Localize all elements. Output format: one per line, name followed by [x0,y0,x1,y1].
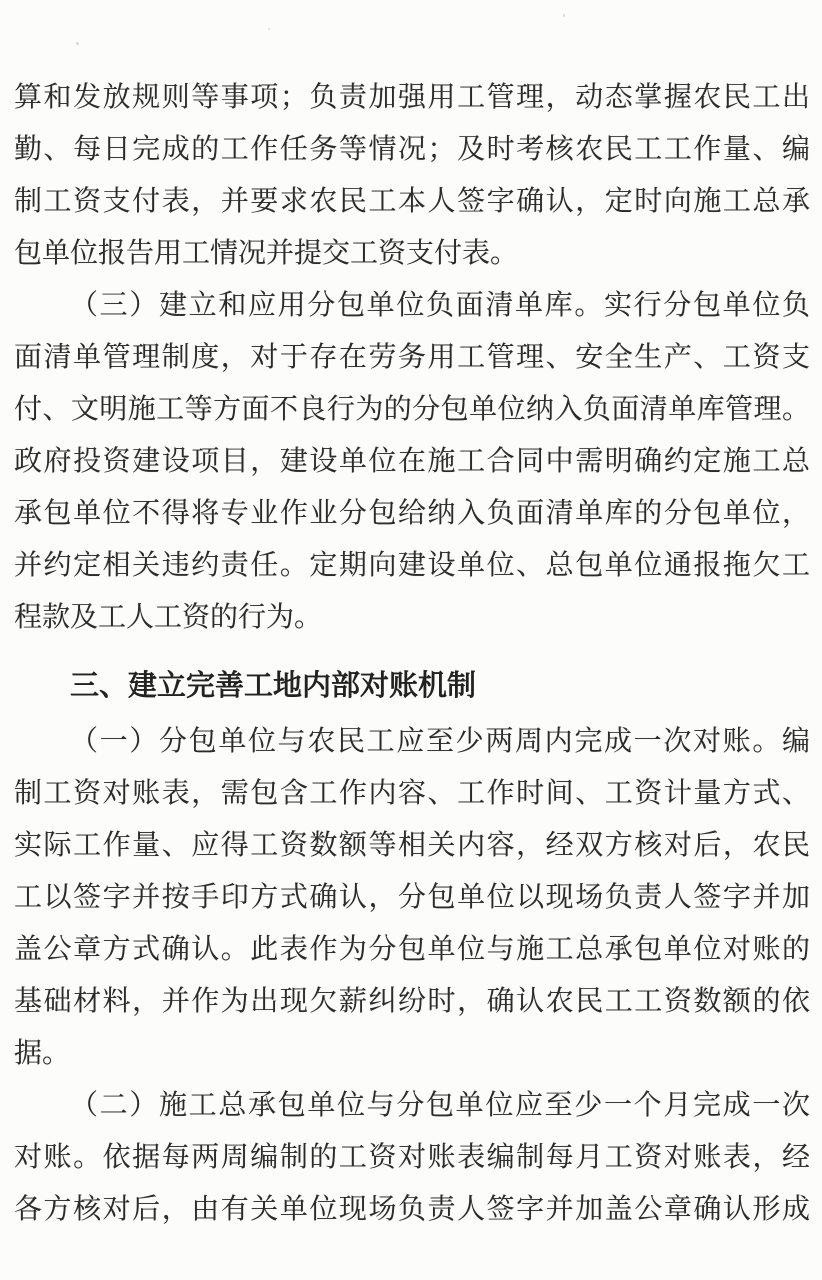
text-line: （二）施工总承包单位与分包单位应至少一个月完成一次 [14,1080,810,1132]
text-line: 并约定相关违约责任。定期向建设单位、总包单位通报拖欠工 [14,540,810,592]
text-line: （一）分包单位与农民工应至少两周内完成一次对账。编 [14,716,810,768]
scan-speck [700,742,702,744]
section-heading: 三、建立完善工地内部对账机制 [14,660,810,712]
text-line: 工以签字并按手印方式确认，分包单位以现场负责人签字并加 [14,872,810,924]
text-line: 算和发放规则等事项；负责加强用工管理，动态掌握农民工出 [14,72,810,124]
text-line: （三）建立和应用分包单位负面清单库。实行分包单位负 [14,280,810,332]
text-line: 各方核对后，由有关单位现场负责人签字并加盖公章确认形成 [14,1184,810,1236]
scan-speck [268,28,270,30]
text-line: 盖公章方式确认。此表作为分包单位与施工总承包单位对账的 [14,924,810,976]
text-line: 基础材料，并作为出现欠薪纠纷时，确认农民工工资数额的依 [14,976,810,1028]
text-line: 政府投资建设项目，建设单位在施工合同中需明确约定施工总 [14,436,810,488]
text-line: 面清单管理制度，对于存在劳务用工管理、安全生产、工资支 [14,332,810,384]
text-line: 实际工作量、应得工资数额等相关内容，经双方核对后，农民 [14,820,810,872]
scan-speck [18,352,21,355]
text-line: 据。 [14,1028,810,1080]
text-line: 勤、每日完成的工作任务等情况；及时考核农民工工作量、编 [14,124,810,176]
scan-speck [563,14,565,17]
text-line: 包单位报告用工情况并提交工资支付表。 [14,228,810,280]
text-line: 程款及工人工资的行为。 [14,592,810,644]
text-line: 制工资支付表，并要求农民工本人签字确认，定时向施工总承 [14,176,810,228]
text-line: 对账。依据每两周编制的工资对账表编制每月工资对账表，经 [14,1132,810,1184]
text-line: 承包单位不得将专业作业分包给纳入负面清单库的分包单位， [14,488,810,540]
text-line: 付、文明施工等方面不良行为的分包单位纳入负面清单库管理。 [14,384,810,436]
text-line: 制工资对账表，需包含工作内容、工作时间、工资计量方式、 [14,768,810,820]
scan-speck [76,42,79,45]
document-page: 算和发放规则等事项；负责加强用工管理，动态掌握农民工出 勤、每日完成的工作任务等… [0,0,822,1280]
